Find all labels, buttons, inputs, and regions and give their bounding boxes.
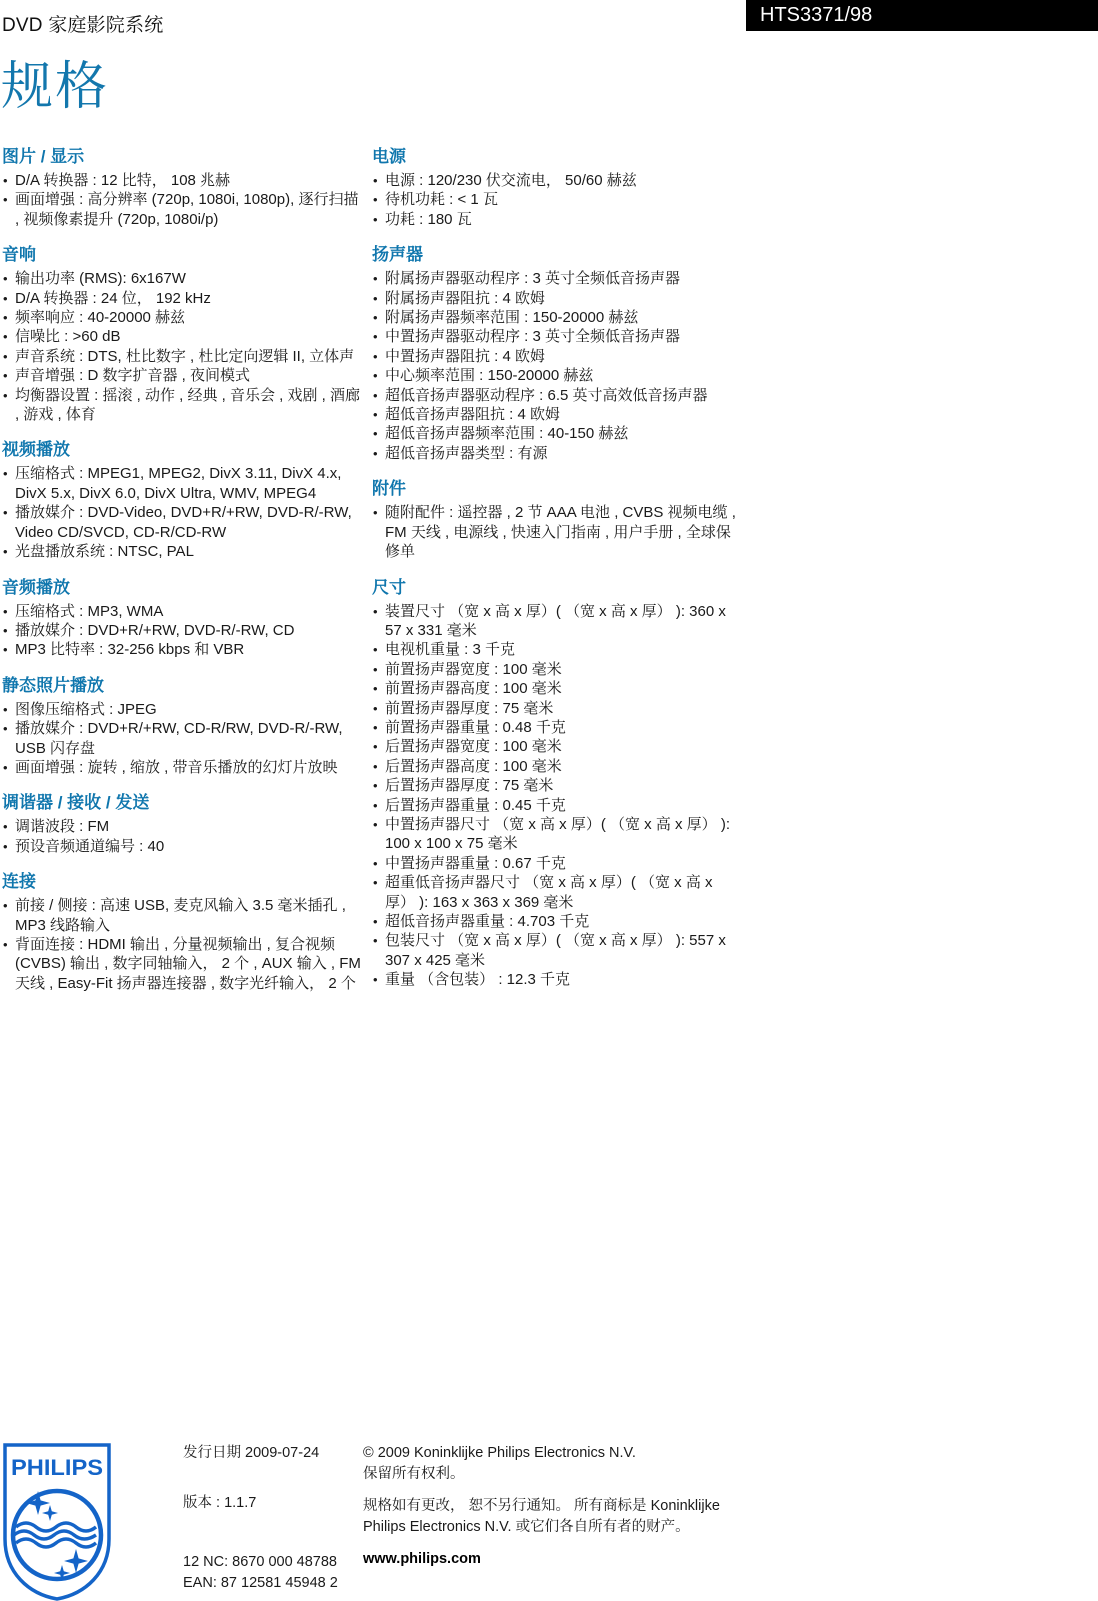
spec-item-text: 画面增强 : 旋转 , 缩放 , 带音乐播放的幻灯片放映 bbox=[15, 759, 338, 776]
spec-section: 尺寸•装置尺寸 （宽 x 高 x 厚）( （宽 x 高 x 厚） ): 360 … bbox=[372, 577, 744, 990]
spec-item-text: 中置扬声器驱动程序 : 3 英寸全频低音扬声器 bbox=[385, 328, 680, 345]
bullet-icon: • bbox=[373, 405, 378, 424]
spec-item: •待机功耗 : < 1 瓦 bbox=[372, 190, 744, 209]
spec-item-text: 功耗 : 180 瓦 bbox=[385, 211, 472, 228]
section-heading: 扬声器 bbox=[372, 244, 744, 266]
spec-item: •频率响应 : 40-20000 赫兹 bbox=[2, 308, 365, 327]
spec-item-text: 信噪比 : >60 dB bbox=[15, 328, 120, 345]
spec-item-text: 光盘播放系统 : NTSC, PAL bbox=[15, 543, 194, 560]
bullet-icon: • bbox=[3, 700, 8, 719]
spec-item-text: 压缩格式 : MPEG1, MPEG2, DivX 3.11, DivX 4.x… bbox=[15, 465, 341, 501]
product-category-title: DVD 家庭影院系统 bbox=[2, 10, 163, 37]
bullet-icon: • bbox=[3, 289, 8, 308]
spec-item-text: 超低音扬声器类型 : 有源 bbox=[385, 445, 548, 462]
section-heading: 连接 bbox=[2, 871, 365, 893]
spec-item-text: 画面增强 : 高分辨率 (720p, 1080i, 1080p), 逐行扫描 ,… bbox=[15, 191, 358, 227]
spec-item-text: 前置扬声器高度 : 100 毫米 bbox=[385, 680, 562, 697]
bullet-icon: • bbox=[373, 347, 378, 366]
spec-item: •超低音扬声器频率范围 : 40-150 赫兹 bbox=[372, 424, 744, 443]
spec-item: •中置扬声器尺寸 （宽 x 高 x 厚）( （宽 x 高 x 厚） ): 100… bbox=[372, 815, 744, 854]
spec-item: •声音系统 : DTS, 杜比数字 , 杜比定向逻辑 II, 立体声 bbox=[2, 347, 365, 366]
spec-section: 视频播放•压缩格式 : MPEG1, MPEG2, DivX 3.11, Div… bbox=[2, 439, 365, 561]
bullet-icon: • bbox=[3, 621, 8, 640]
spec-item: •预设音频通道编号 : 40 bbox=[2, 837, 365, 856]
bullet-icon: • bbox=[3, 386, 8, 405]
spec-item-text: D/A 转换器 : 24 位， 192 kHz bbox=[15, 290, 211, 307]
spec-item: •随附配件 : 遥控器 , 2 节 AAA 电池 , CVBS 视频电缆 , F… bbox=[372, 503, 744, 561]
nc-code: 12 NC: 8670 000 48788 bbox=[183, 1552, 363, 1573]
spec-item-text: 附属扬声器驱动程序 : 3 英寸全频低音扬声器 bbox=[385, 270, 680, 287]
spec-item-text: D/A 转换器 : 12 比特， 108 兆赫 bbox=[15, 172, 230, 189]
bullet-icon: • bbox=[3, 327, 8, 346]
spec-section: 静态照片播放•图像压缩格式 : JPEG•播放媒介 : DVD+R/+RW, C… bbox=[2, 675, 365, 778]
bullet-icon: • bbox=[373, 912, 378, 931]
bullet-icon: • bbox=[3, 758, 8, 777]
bullet-icon: • bbox=[373, 970, 378, 989]
spec-section: 音响•输出功率 (RMS): 6x167W•D/A 转换器 : 24 位， 19… bbox=[2, 244, 365, 424]
spec-item-text: 超低音扬声器重量 : 4.703 千克 bbox=[385, 913, 589, 930]
philips-shield-logo: PHILIPS bbox=[1, 1443, 113, 1601]
spec-item-text: 电源 : 120/230 伏交流电， 50/60 赫兹 bbox=[385, 172, 637, 189]
spec-item-text: 背面连接 : HDMI 输出 , 分量视频输出 , 复合视频 (CVBS) 输出… bbox=[15, 936, 361, 992]
spec-item: •附属扬声器驱动程序 : 3 英寸全频低音扬声器 bbox=[372, 269, 744, 288]
spec-item: •后置扬声器重量 : 0.45 千克 bbox=[372, 796, 744, 815]
spec-item-text: 超低音扬声器阻抗 : 4 欧姆 bbox=[385, 406, 560, 423]
section-heading: 电源 bbox=[372, 146, 744, 168]
spec-section: 图片 / 显示•D/A 转换器 : 12 比特， 108 兆赫•画面增强 : 高… bbox=[2, 146, 365, 229]
spec-item: •前置扬声器宽度 : 100 毫米 bbox=[372, 660, 744, 679]
bullet-icon: • bbox=[373, 796, 378, 815]
bullet-icon: • bbox=[3, 190, 8, 209]
bullet-icon: • bbox=[3, 640, 8, 659]
bullet-icon: • bbox=[373, 289, 378, 308]
philips-wordmark: PHILIPS bbox=[11, 1455, 103, 1480]
spec-item-text: 附属扬声器阻抗 : 4 欧姆 bbox=[385, 290, 545, 307]
spec-item: •压缩格式 : MPEG1, MPEG2, DivX 3.11, DivX 4.… bbox=[2, 464, 365, 503]
spec-item: •中置扬声器阻抗 : 4 欧姆 bbox=[372, 347, 744, 366]
spec-item-text: 前置扬声器重量 : 0.48 千克 bbox=[385, 719, 566, 736]
spec-item-text: 后置扬声器宽度 : 100 毫米 bbox=[385, 738, 562, 755]
spec-item-text: 装置尺寸 （宽 x 高 x 厚）( （宽 x 高 x 厚） ): 360 x 5… bbox=[385, 603, 726, 639]
bullet-icon: • bbox=[3, 269, 8, 288]
bullet-icon: • bbox=[373, 366, 378, 385]
spec-item: •前置扬声器重量 : 0.48 千克 bbox=[372, 718, 744, 737]
spec-item-text: 均衡器设置 : 摇滚 , 动作 , 经典 , 音乐会 , 戏剧 , 酒廊 , 游… bbox=[15, 387, 360, 423]
spec-item: •调谐波段 : FM bbox=[2, 817, 365, 836]
spec-item: •前接 / 侧接 : 高速 USB, 麦克风输入 3.5 毫米插孔 , MP3 … bbox=[2, 896, 365, 935]
rights-reserved-line: 保留所有权利。 bbox=[363, 1464, 753, 1485]
spec-item: •装置尺寸 （宽 x 高 x 厚）( （宽 x 高 x 厚） ): 360 x … bbox=[372, 602, 744, 641]
philips-website-link[interactable]: www.philips.com bbox=[363, 1549, 481, 1570]
bullet-icon: • bbox=[3, 602, 8, 621]
spec-item: •超重低音扬声器尺寸 （宽 x 高 x 厚）( （宽 x 高 x 厚） ): 1… bbox=[372, 873, 744, 912]
spec-item-text: 后置扬声器厚度 : 75 毫米 bbox=[385, 777, 553, 794]
bullet-icon: • bbox=[373, 679, 378, 698]
spec-section: 附件•随附配件 : 遥控器 , 2 节 AAA 电池 , CVBS 视频电缆 ,… bbox=[372, 478, 744, 561]
section-heading: 附件 bbox=[372, 478, 744, 500]
spec-item: •中置扬声器驱动程序 : 3 英寸全频低音扬声器 bbox=[372, 327, 744, 346]
spec-item-text: 播放媒介 : DVD+R/+RW, DVD-R/-RW, CD bbox=[15, 622, 294, 639]
spec-item-text: 电视机重量 : 3 千克 bbox=[385, 641, 515, 658]
spec-item: •电视机重量 : 3 千克 bbox=[372, 640, 744, 659]
spec-item-text: 播放媒介 : DVD-Video, DVD+R/+RW, DVD-R/-RW, … bbox=[15, 504, 352, 540]
page-title: 规格 bbox=[1, 58, 109, 116]
spec-item: •后置扬声器厚度 : 75 毫米 bbox=[372, 776, 744, 795]
spec-item: •前置扬声器厚度 : 75 毫米 bbox=[372, 699, 744, 718]
star-icon bbox=[42, 1505, 58, 1521]
copyright-line: © 2009 Koninklijke Philips Electronics N… bbox=[363, 1443, 753, 1464]
spec-item: •MP3 比特率 : 32-256 kbps 和 VBR bbox=[2, 640, 365, 659]
bullet-icon: • bbox=[373, 424, 378, 443]
spec-item: •声音增强 : D 数字扩音器 , 夜间模式 bbox=[2, 366, 365, 385]
section-heading: 音响 bbox=[2, 244, 365, 266]
spec-item: •播放媒介 : DVD-Video, DVD+R/+RW, DVD-R/-RW,… bbox=[2, 503, 365, 542]
spec-item-text: 包装尺寸 （宽 x 高 x 厚）( （宽 x 高 x 厚） ): 557 x 3… bbox=[385, 932, 726, 968]
section-heading: 音频播放 bbox=[2, 577, 365, 599]
spec-item: •后置扬声器宽度 : 100 毫米 bbox=[372, 737, 744, 756]
spec-column-left: 图片 / 显示•D/A 转换器 : 12 比特， 108 兆赫•画面增强 : 高… bbox=[2, 146, 365, 1008]
section-heading: 静态照片播放 bbox=[2, 675, 365, 697]
spec-item-text: 声音增强 : D 数字扩音器 , 夜间模式 bbox=[15, 367, 250, 384]
spec-item-text: 声音系统 : DTS, 杜比数字 , 杜比定向逻辑 II, 立体声 bbox=[15, 348, 354, 365]
spec-item-text: 超低音扬声器驱动程序 : 6.5 英寸高效低音扬声器 bbox=[385, 387, 708, 404]
bullet-icon: • bbox=[373, 640, 378, 659]
spec-item: •中心频率范围 : 150-20000 赫兹 bbox=[372, 366, 744, 385]
bullet-icon: • bbox=[3, 542, 8, 561]
spec-item-text: 频率响应 : 40-20000 赫兹 bbox=[15, 309, 185, 326]
spec-item-text: 超低音扬声器频率范围 : 40-150 赫兹 bbox=[385, 425, 628, 442]
bullet-icon: • bbox=[373, 327, 378, 346]
spec-item: •电源 : 120/230 伏交流电， 50/60 赫兹 bbox=[372, 171, 744, 190]
spec-item: •附属扬声器阻抗 : 4 欧姆 bbox=[372, 289, 744, 308]
spec-item-text: 播放媒介 : DVD+R/+RW, CD-R/RW, DVD-R/-RW, US… bbox=[15, 720, 343, 756]
ean-code: EAN: 87 12581 45948 2 bbox=[183, 1573, 363, 1594]
spec-item-text: 输出功率 (RMS): 6x167W bbox=[15, 270, 186, 287]
spec-item-text: 前置扬声器宽度 : 100 毫米 bbox=[385, 661, 562, 678]
spec-item-text: 重量 （含包装） : 12.3 千克 bbox=[385, 971, 570, 988]
bullet-icon: • bbox=[3, 935, 8, 954]
bullet-icon: • bbox=[373, 444, 378, 463]
bullet-icon: • bbox=[373, 269, 378, 288]
section-heading: 调谐器 / 接收 / 发送 bbox=[2, 792, 365, 814]
spec-item-text: 预设音频通道编号 : 40 bbox=[15, 838, 164, 855]
bullet-icon: • bbox=[3, 719, 8, 738]
bullet-icon: • bbox=[373, 776, 378, 795]
spec-item: •超低音扬声器阻抗 : 4 欧姆 bbox=[372, 405, 744, 424]
spec-section: 扬声器•附属扬声器驱动程序 : 3 英寸全频低音扬声器•附属扬声器阻抗 : 4 … bbox=[372, 244, 744, 463]
bullet-icon: • bbox=[3, 896, 8, 915]
bullet-icon: • bbox=[373, 815, 378, 834]
spec-item-text: 图像压缩格式 : JPEG bbox=[15, 701, 157, 718]
section-heading: 尺寸 bbox=[372, 577, 744, 599]
spec-section: 调谐器 / 接收 / 发送•调谐波段 : FM•预设音频通道编号 : 40 bbox=[2, 792, 365, 856]
spec-item: •超低音扬声器驱动程序 : 6.5 英寸高效低音扬声器 bbox=[372, 386, 744, 405]
bullet-icon: • bbox=[373, 190, 378, 209]
bullet-icon: • bbox=[3, 837, 8, 856]
bullet-icon: • bbox=[373, 210, 378, 229]
bullet-icon: • bbox=[373, 660, 378, 679]
bullet-icon: • bbox=[373, 737, 378, 756]
spec-section: 音频播放•压缩格式 : MP3, WMA•播放媒介 : DVD+R/+RW, D… bbox=[2, 577, 365, 660]
spec-item: •输出功率 (RMS): 6x167W bbox=[2, 269, 365, 288]
spec-item: •画面增强 : 旋转 , 缩放 , 带音乐播放的幻灯片放映 bbox=[2, 758, 365, 777]
model-number-badge: HTS3371/98 bbox=[746, 0, 1098, 31]
version: 版本 : 1.1.7 bbox=[183, 1493, 363, 1514]
spec-item-text: 后置扬声器高度 : 100 毫米 bbox=[385, 758, 562, 775]
bullet-icon: • bbox=[3, 347, 8, 366]
bullet-icon: • bbox=[373, 308, 378, 327]
bullet-icon: • bbox=[373, 602, 378, 621]
bullet-icon: • bbox=[3, 366, 8, 385]
spec-item: •D/A 转换器 : 12 比特， 108 兆赫 bbox=[2, 171, 365, 190]
bullet-icon: • bbox=[373, 854, 378, 873]
bullet-icon: • bbox=[373, 699, 378, 718]
spec-section: 电源•电源 : 120/230 伏交流电， 50/60 赫兹•待机功耗 : < … bbox=[372, 146, 744, 229]
spec-item-text: 待机功耗 : < 1 瓦 bbox=[385, 191, 498, 208]
bullet-icon: • bbox=[3, 817, 8, 836]
spec-item: •画面增强 : 高分辨率 (720p, 1080i, 1080p), 逐行扫描 … bbox=[2, 190, 365, 229]
spec-item: •前置扬声器高度 : 100 毫米 bbox=[372, 679, 744, 698]
section-heading: 图片 / 显示 bbox=[2, 146, 365, 168]
spec-column-right: 电源•电源 : 120/230 伏交流电， 50/60 赫兹•待机功耗 : < … bbox=[372, 146, 744, 1005]
footer-publication-info: 发行日期 2009-07-24 版本 : 1.1.7 12 NC: 8670 0… bbox=[183, 1443, 363, 1594]
section-heading: 视频播放 bbox=[2, 439, 365, 461]
footer-legal: © 2009 Koninklijke Philips Electronics N… bbox=[363, 1443, 753, 1570]
spec-item: •后置扬声器高度 : 100 毫米 bbox=[372, 757, 744, 776]
bullet-icon: • bbox=[3, 464, 8, 483]
spec-item: •附属扬声器频率范围 : 150-20000 赫兹 bbox=[372, 308, 744, 327]
bullet-icon: • bbox=[373, 757, 378, 776]
spec-item-text: MP3 比特率 : 32-256 kbps 和 VBR bbox=[15, 641, 244, 658]
spec-item: •播放媒介 : DVD+R/+RW, DVD-R/-RW, CD bbox=[2, 621, 365, 640]
spec-item-text: 前接 / 侧接 : 高速 USB, 麦克风输入 3.5 毫米插孔 , MP3 线… bbox=[15, 897, 346, 933]
spec-item-text: 前置扬声器厚度 : 75 毫米 bbox=[385, 700, 553, 717]
spec-item: •均衡器设置 : 摇滚 , 动作 , 经典 , 音乐会 , 戏剧 , 酒廊 , … bbox=[2, 386, 365, 425]
spec-item-text: 超重低音扬声器尺寸 （宽 x 高 x 厚）( （宽 x 高 x 厚） ): 16… bbox=[385, 874, 713, 910]
spec-item: •中置扬声器重量 : 0.67 千克 bbox=[372, 854, 744, 873]
bullet-icon: • bbox=[373, 171, 378, 190]
spec-item-text: 压缩格式 : MP3, WMA bbox=[15, 603, 163, 620]
spec-item: •播放媒介 : DVD+R/+RW, CD-R/RW, DVD-R/-RW, U… bbox=[2, 719, 365, 758]
spec-item: •超低音扬声器类型 : 有源 bbox=[372, 444, 744, 463]
disclaimer-text: 规格如有更改， 恕不另行通知。 所有商标是 Koninklijke Philip… bbox=[363, 1496, 745, 1538]
spec-item-text: 中置扬声器尺寸 （宽 x 高 x 厚）( （宽 x 高 x 厚） ): 100 … bbox=[385, 816, 730, 852]
spec-item: •包装尺寸 （宽 x 高 x 厚）( （宽 x 高 x 厚） ): 557 x … bbox=[372, 931, 744, 970]
bullet-icon: • bbox=[373, 503, 378, 522]
spec-item-text: 中置扬声器阻抗 : 4 欧姆 bbox=[385, 348, 545, 365]
spec-item: •D/A 转换器 : 24 位， 192 kHz bbox=[2, 289, 365, 308]
bullet-icon: • bbox=[373, 931, 378, 950]
bullet-icon: • bbox=[373, 386, 378, 405]
spec-item: •图像压缩格式 : JPEG bbox=[2, 700, 365, 719]
bullet-icon: • bbox=[3, 503, 8, 522]
spec-item: •功耗 : 180 瓦 bbox=[372, 210, 744, 229]
spec-item-text: 后置扬声器重量 : 0.45 千克 bbox=[385, 797, 566, 814]
spec-item: •超低音扬声器重量 : 4.703 千克 bbox=[372, 912, 744, 931]
bullet-icon: • bbox=[373, 718, 378, 737]
spec-item-text: 随附配件 : 遥控器 , 2 节 AAA 电池 , CVBS 视频电缆 , FM… bbox=[385, 504, 736, 560]
spec-item: •压缩格式 : MP3, WMA bbox=[2, 602, 365, 621]
issue-date: 发行日期 2009-07-24 bbox=[183, 1443, 363, 1464]
spec-item-text: 附属扬声器频率范围 : 150-20000 赫兹 bbox=[385, 309, 638, 326]
spec-item-text: 中置扬声器重量 : 0.67 千克 bbox=[385, 855, 566, 872]
bullet-icon: • bbox=[3, 308, 8, 327]
spec-section: 连接•前接 / 侧接 : 高速 USB, 麦克风输入 3.5 毫米插孔 , MP… bbox=[2, 871, 365, 993]
bullet-icon: • bbox=[3, 171, 8, 190]
spec-item: •背面连接 : HDMI 输出 , 分量视频输出 , 复合视频 (CVBS) 输… bbox=[2, 935, 365, 993]
spec-item: •信噪比 : >60 dB bbox=[2, 327, 365, 346]
spec-item: •重量 （含包装） : 12.3 千克 bbox=[372, 970, 744, 989]
spec-item-text: 中心频率范围 : 150-20000 赫兹 bbox=[385, 367, 593, 384]
spec-item: •光盘播放系统 : NTSC, PAL bbox=[2, 542, 365, 561]
bullet-icon: • bbox=[373, 873, 378, 892]
spec-item-text: 调谐波段 : FM bbox=[15, 818, 109, 835]
